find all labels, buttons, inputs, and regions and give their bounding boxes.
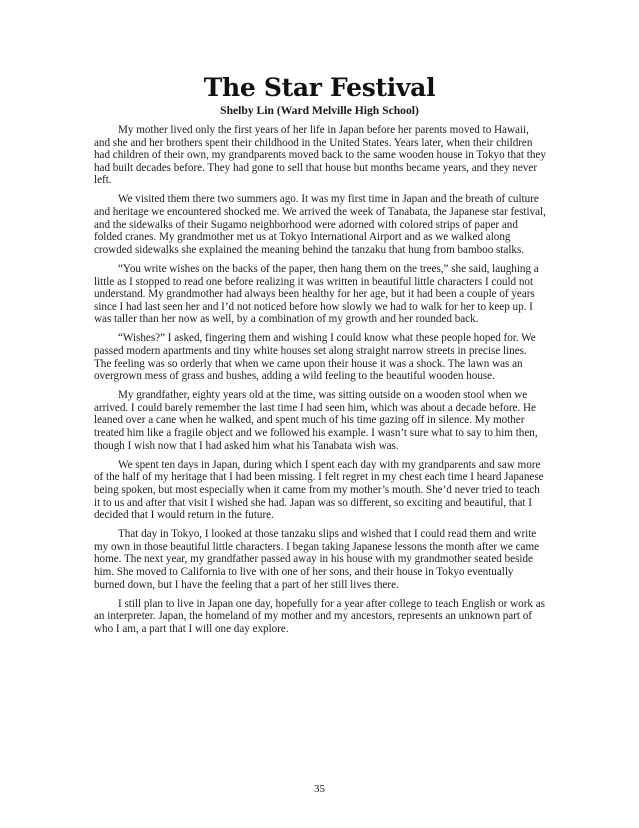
paragraph-3: “You write wishes on the backs of the pa…	[94, 263, 546, 326]
paragraph-7: That day in Tokyo, I looked at those tan…	[94, 528, 546, 591]
paragraph-6: We spent ten days in Japan, during which…	[94, 459, 546, 522]
paragraph-4: “Wishes?” I asked, fingering them and wi…	[94, 332, 546, 382]
paragraph-8: I still plan to live in Japan one day, h…	[94, 598, 546, 636]
paragraph-5: My grandfather, eighty years old at the …	[94, 389, 546, 452]
paragraph-2: We visited them there two summers ago. I…	[94, 193, 546, 256]
paragraph-1: My mother lived only the first years of …	[94, 124, 546, 187]
document-page: The Star Festival Shelby Lin (Ward Melvi…	[0, 0, 639, 828]
essay-body: My mother lived only the first years of …	[94, 124, 546, 642]
author-byline: Shelby Lin (Ward Melville High School)	[0, 104, 639, 118]
essay-title: The Star Festival	[0, 74, 639, 102]
page-number: 35	[0, 783, 639, 796]
